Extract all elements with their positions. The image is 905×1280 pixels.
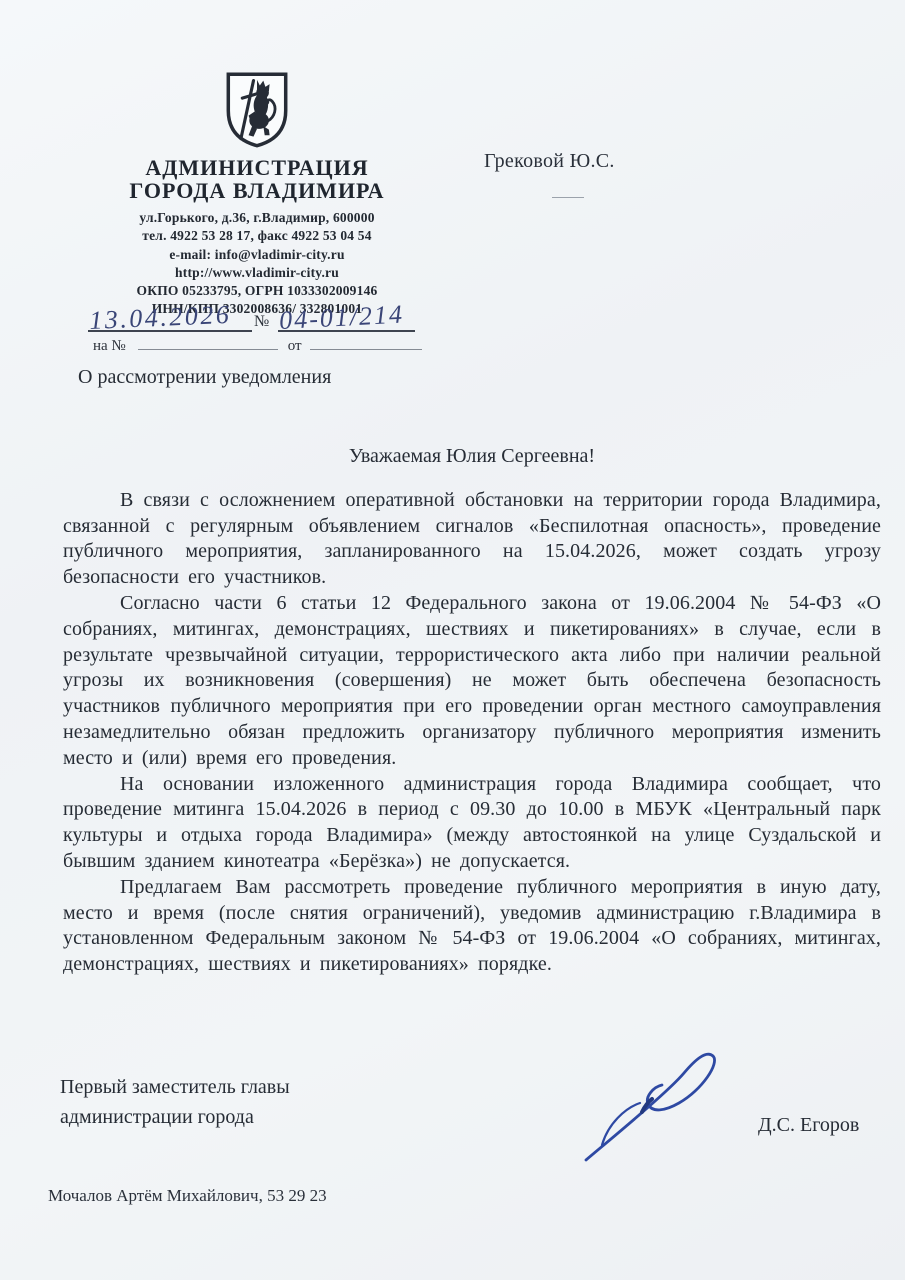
org-name-line1: АДМИНИСТРАЦИЯ [82,156,432,179]
letter-body: Уважаемая Юлия Сергеевна! В связи с осло… [63,444,881,978]
body-paragraph-1: В связи с осложнением оперативной обстан… [63,488,881,591]
letterhead-address: ул.Горького, д.36, г.Владимир, 600000 [82,209,432,227]
letterhead-website: http://www.vladimir-city.ru [82,264,432,282]
executor-contact: Мочалов Артём Михайлович, 53 29 23 [48,1186,327,1206]
body-paragraph-3: На основании изложенного администрация г… [63,772,881,875]
body-paragraph-2: Согласно части 6 статьи 12 Федерального … [63,591,881,772]
letterhead-email: e-mail: info@vladimir-city.ru [82,246,432,264]
coat-of-arms-icon [222,70,292,150]
signatory-position: Первый заместитель главы администрации г… [60,1072,290,1132]
reply-date-blank [310,336,422,350]
reply-number-blank [138,336,278,350]
signatory-position-line1: Первый заместитель главы [60,1072,290,1102]
reference-line: 13.04.2026 № 04-01/214 [88,296,423,332]
signatory-name: Д.С. Егоров [758,1114,859,1137]
reply-from-label: от [288,338,302,354]
subject-line: О рассмотрении уведомления [78,366,331,389]
salutation: Уважаемая Юлия Сергеевна! [63,444,881,470]
letterhead: АДМИНИСТРАЦИЯ ГОРОДА ВЛАДИМИРА ул.Горько… [82,70,432,319]
number-blank-line: 04-01/214 [278,298,415,332]
signature-icon [582,1042,744,1167]
date-blank-line: 13.04.2026 [88,298,252,332]
letterhead-phone-fax: тел. 4922 53 28 17, факс 4922 53 04 54 [82,227,432,245]
number-sign: № [254,313,269,331]
addressee-name: Грековой Ю.С. [484,150,615,173]
org-name-line2: ГОРОДА ВЛАДИМИРА [82,179,432,202]
handwritten-number: 04-01/214 [278,300,404,336]
scanned-letter-page: АДМИНИСТРАЦИЯ ГОРОДА ВЛАДИМИРА ул.Горько… [0,0,905,1280]
body-paragraph-4: Предлагаем Вам рассмотреть проведение пу… [63,875,881,978]
signatory-position-line2: администрации города [60,1102,290,1132]
reply-reference-line: на №от [93,336,422,355]
handwritten-date: 13.04.2026 [89,300,232,336]
reply-to-label: на № [93,338,126,354]
org-name: АДМИНИСТРАЦИЯ ГОРОДА ВЛАДИМИРА [82,156,432,202]
addressee-underline [552,197,584,198]
